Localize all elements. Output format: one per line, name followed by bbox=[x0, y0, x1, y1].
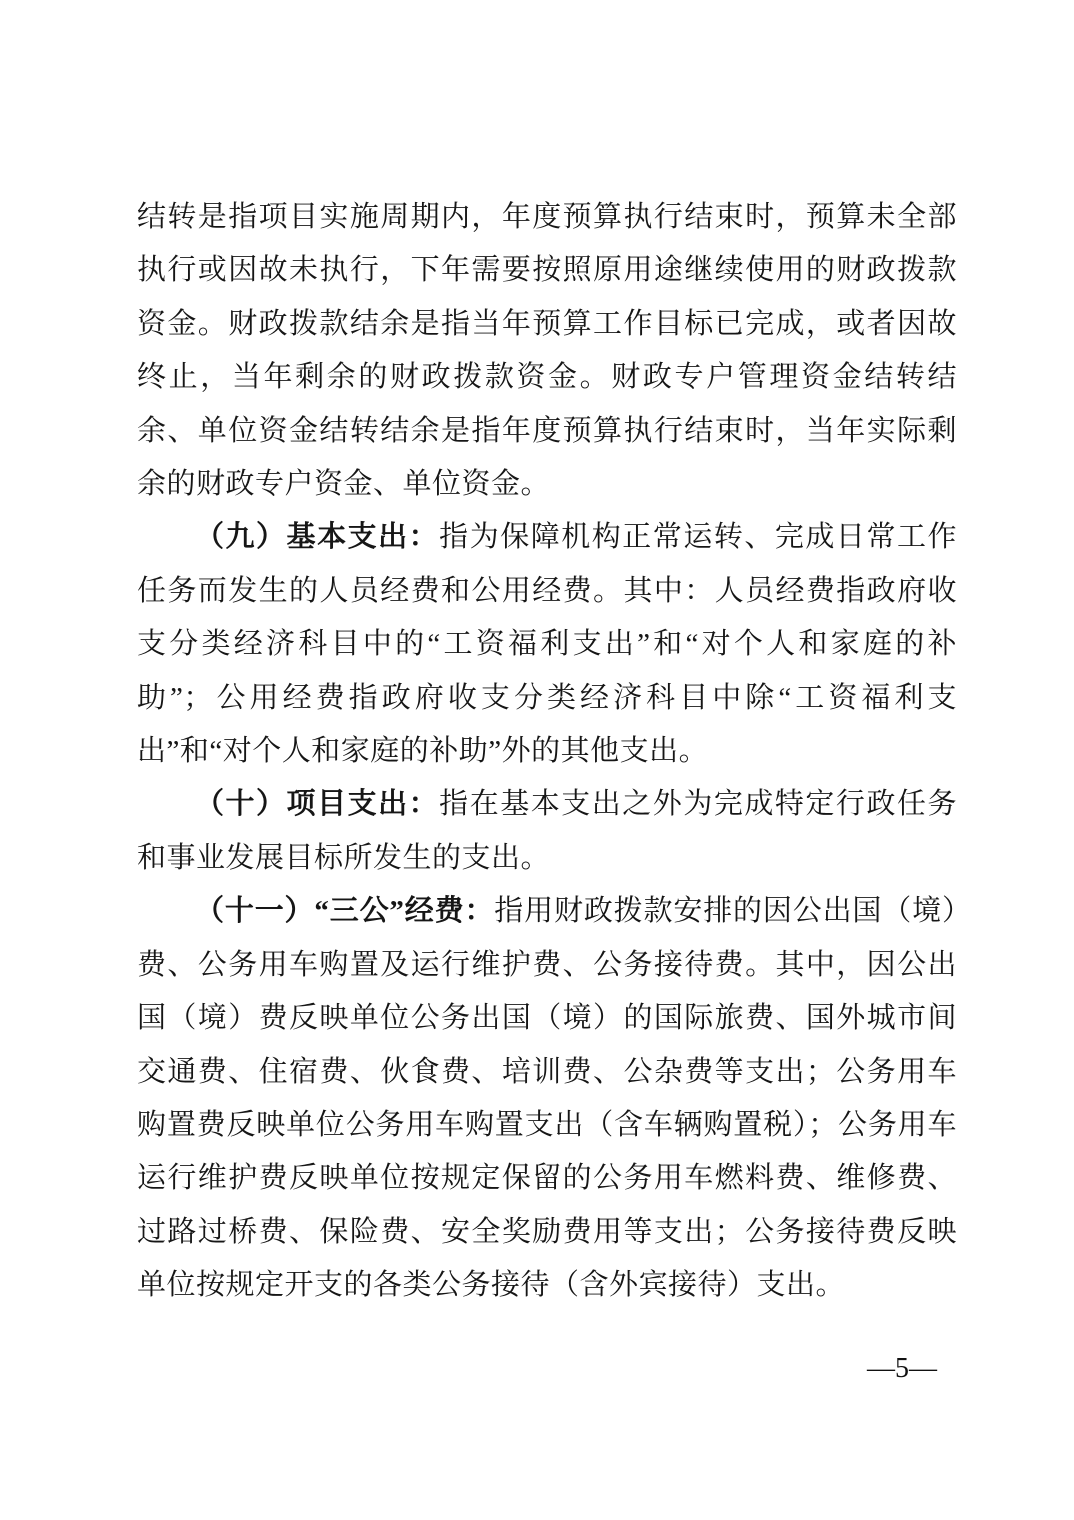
document-body: 结转是指项目实施周期内，年度预算执行结束时，预算未全部执行或因故未执行，下年需要… bbox=[137, 191, 957, 1313]
paragraph-text: 结转是指项目实施周期内，年度预算执行结束时，预算未全部执行或因故未执行，下年需要… bbox=[137, 201, 957, 500]
paragraph-lead: （十一）“三公”经费： bbox=[195, 895, 494, 927]
paragraph-carryover-definition: 结转是指项目实施周期内，年度预算执行结束时，预算未全部执行或因故未执行，下年需要… bbox=[137, 191, 957, 511]
paragraph-project-expenditure: （十）项目支出：指在基本支出之外为完成特定行政任务和事业发展目标所发生的支出。 bbox=[137, 778, 957, 885]
paragraph-basic-expenditure: （九）基本支出：指为保障机构正常运转、完成日常工作任务而发生的人员经费和公用经费… bbox=[137, 511, 957, 778]
paragraph-text: 指为保障机构正常运转、完成日常工作任务而发生的人员经费和公用经费。其中：人员经费… bbox=[137, 521, 957, 767]
page-number: —5— bbox=[867, 1352, 937, 1386]
paragraph-lead: （十）项目支出： bbox=[195, 788, 439, 820]
paragraph-three-public-funds: （十一）“三公”经费：指用财政拨款安排的因公出国（境）费、公务用车购置及运行维护… bbox=[137, 885, 957, 1312]
paragraph-text: 指用财政拨款安排的因公出国（境）费、公务用车购置及运行维护费、公务接待费。其中，… bbox=[137, 895, 957, 1301]
document-page: 结转是指项目实施周期内，年度预算执行结束时，预算未全部执行或因故未执行，下年需要… bbox=[0, 0, 1074, 1520]
paragraph-lead: （九）基本支出： bbox=[195, 521, 439, 553]
